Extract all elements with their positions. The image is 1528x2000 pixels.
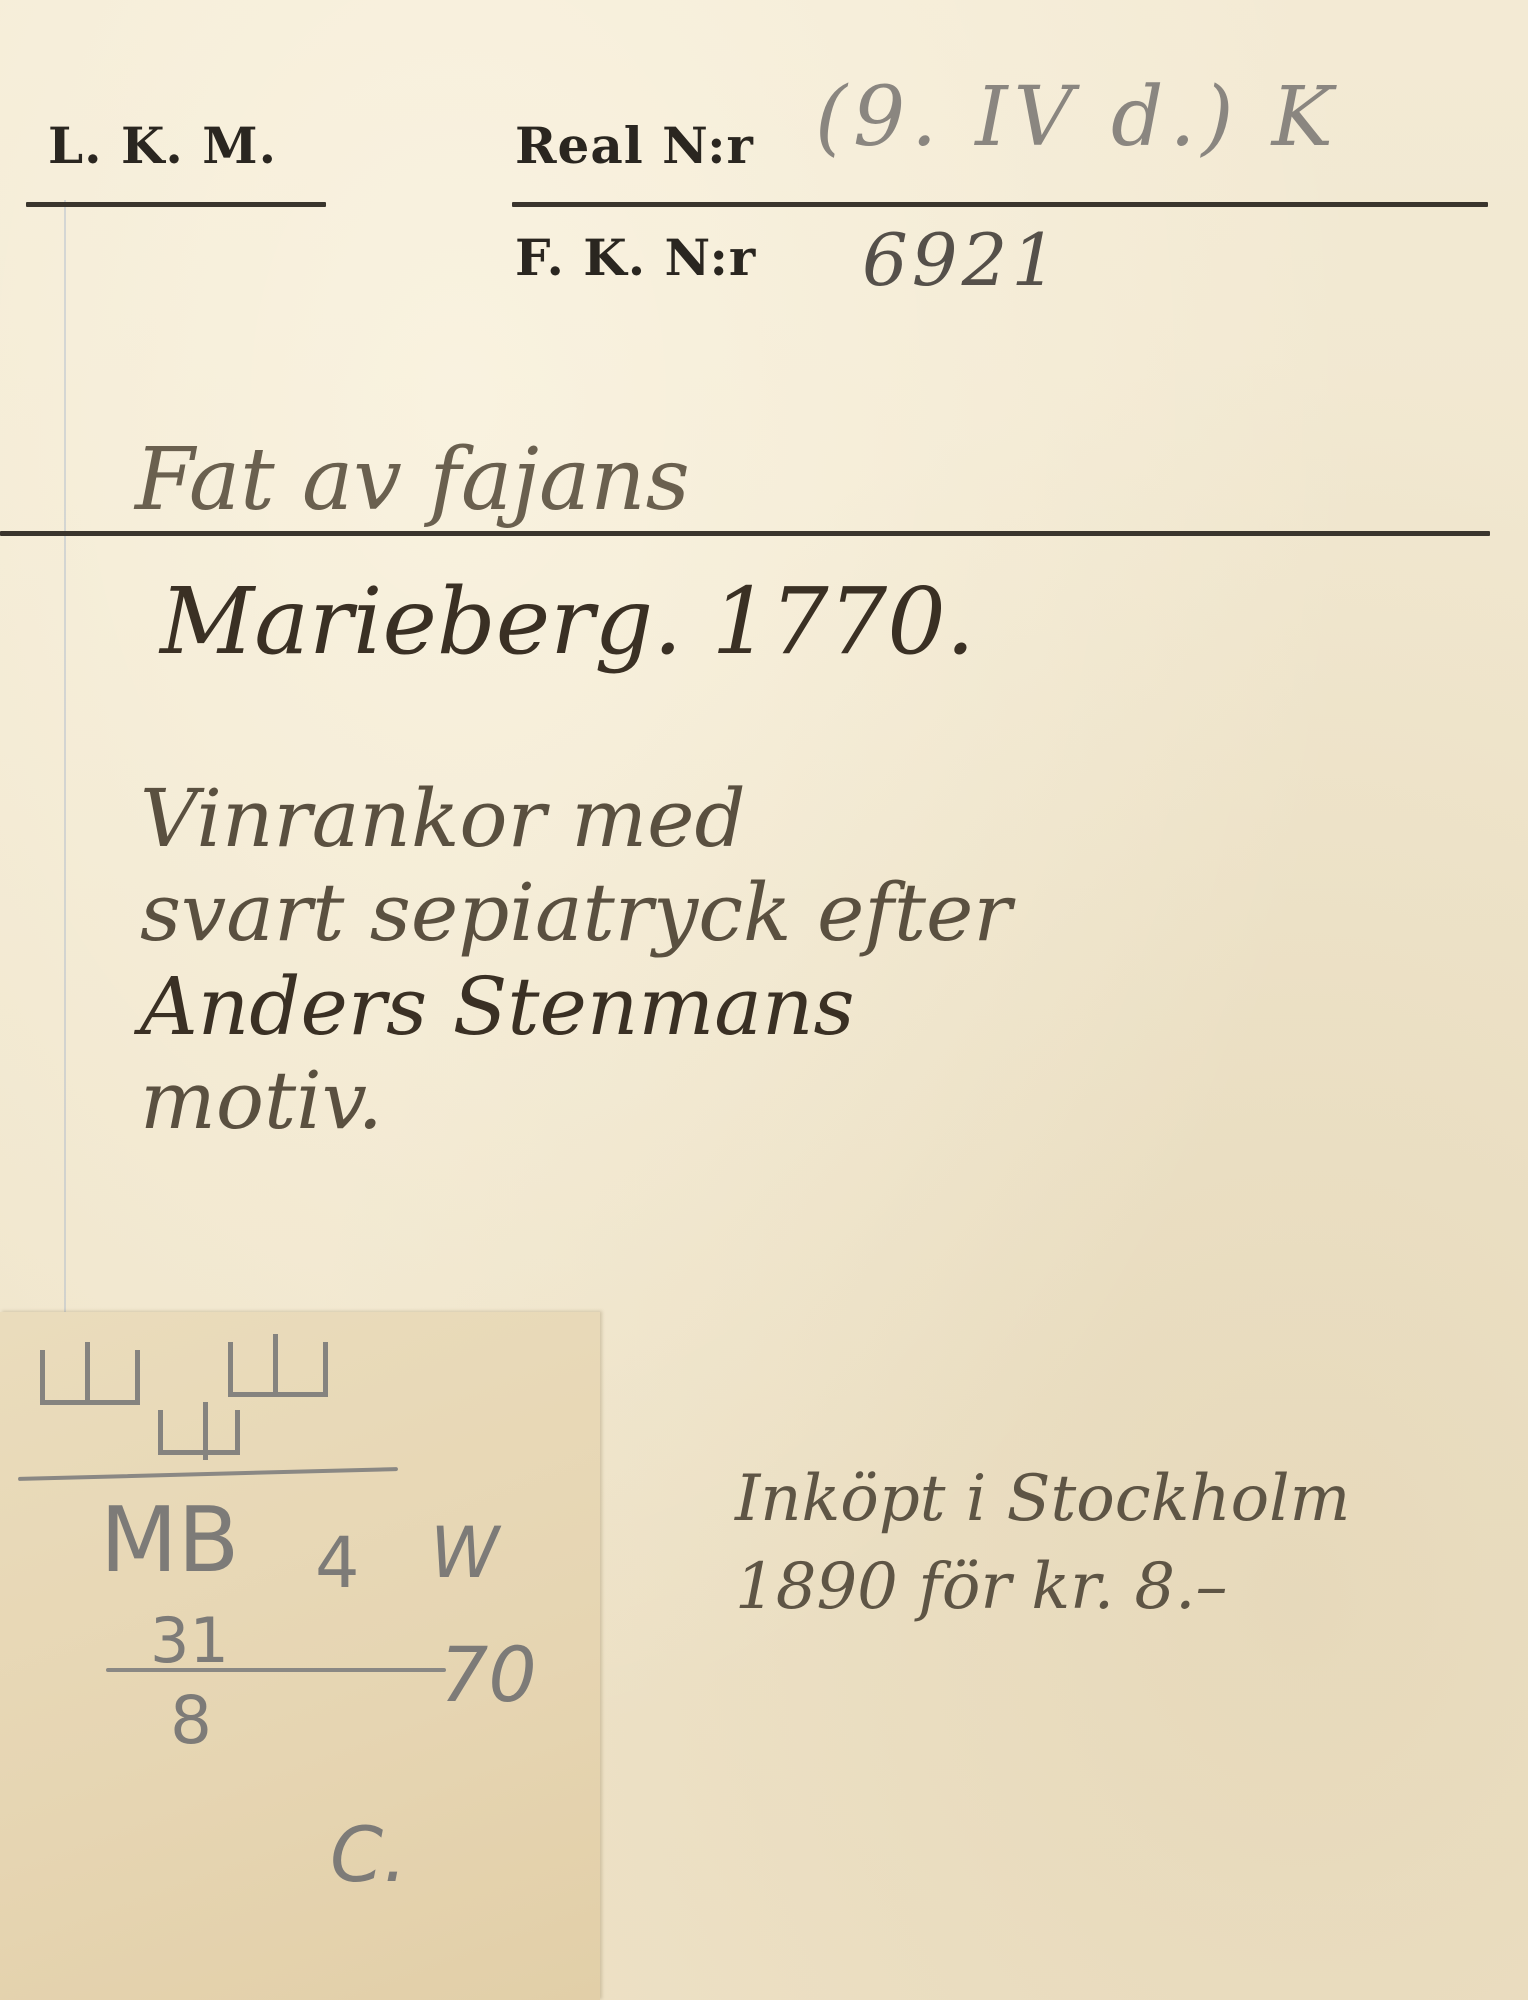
- description-line: Vinrankor med: [140, 772, 1012, 866]
- real-number-label: Real N:r: [515, 116, 754, 175]
- object-title: Fat av fajans: [135, 430, 690, 530]
- mark-fraction-top: 31: [150, 1604, 229, 1677]
- mark-fraction-bottom: 8: [170, 1682, 212, 1759]
- mark-divider: [18, 1467, 398, 1481]
- mark-symbol: W: [430, 1512, 499, 1594]
- catalogue-card: L. K. M. Real N:r (9. IV d.) K F. K. N:r…: [0, 0, 1528, 2000]
- fk-number-value: 6921: [862, 218, 1061, 302]
- description-line: svart sepiatryck efter: [140, 866, 1012, 960]
- crown-icon: [228, 1342, 328, 1397]
- real-number-value: (9. IV d.) K: [815, 70, 1339, 165]
- description: Vinrankor med svart sepiatryck efter And…: [140, 772, 1012, 1148]
- museum-abbreviation: L. K. M.: [48, 116, 277, 175]
- mark-initials: MB: [100, 1488, 239, 1593]
- mark-sign: C.: [330, 1810, 407, 1899]
- mark-number: 4: [315, 1522, 360, 1604]
- acquisition-line: Inköpt i Stockholm: [735, 1455, 1350, 1543]
- acquisition-note: Inköpt i Stockholm 1890 för kr. 8.–: [735, 1455, 1350, 1631]
- description-line: Anders Stenmans: [140, 960, 1012, 1054]
- crown-icon: [158, 1410, 240, 1455]
- description-line: motiv.: [140, 1054, 1012, 1148]
- mark-year: 70: [440, 1630, 537, 1719]
- margin-rule: [64, 200, 66, 1330]
- crown-icon: [40, 1350, 140, 1405]
- mark-label-slip: MB 4 W 31 8 70 C.: [0, 1312, 600, 2000]
- maker-date: Marieberg. 1770.: [160, 568, 975, 675]
- museum-underline: [26, 202, 326, 207]
- real-number-underline: [512, 202, 1488, 207]
- fk-number-label: F. K. N:r: [515, 228, 756, 287]
- fraction-line: [106, 1668, 446, 1672]
- acquisition-line: 1890 för kr. 8.–: [735, 1543, 1350, 1631]
- title-rule: [0, 531, 1490, 536]
